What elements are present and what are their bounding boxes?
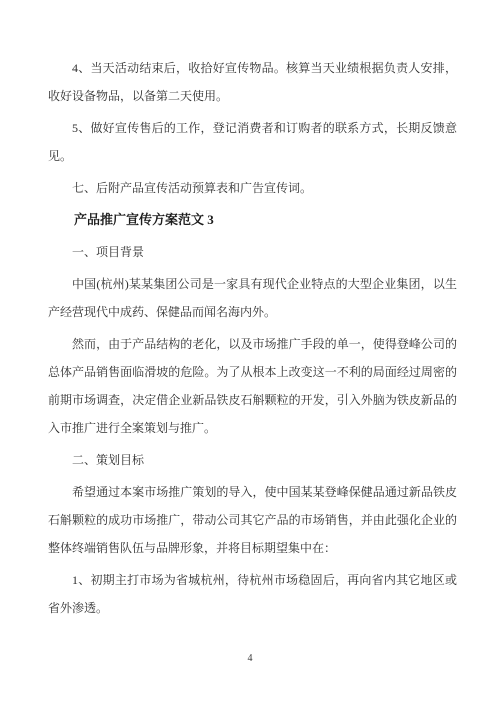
body-paragraph: 4、当天活动结束后，收拾好宣传物品。核算当天业绩根据负责人安排，收好设备物品，以…	[48, 54, 457, 110]
body-paragraph: 七、后附产品宣传活动预算表和广告宣传词。	[48, 174, 457, 202]
body-paragraph: 一、项目背景	[48, 238, 457, 266]
body-paragraph: 希望通过本案市场推广策划的导入，使中国某某登峰保健品通过新品铁皮石斛颗粒的成功市…	[48, 478, 457, 562]
body-paragraph: 5、做好宣传售后的工作，登记消费者和订购者的联系方式，长期反馈意见。	[48, 114, 457, 170]
body-paragraph: 二、策划目标	[48, 446, 457, 474]
body-paragraph: 1、初期主打市场为省城杭州，待杭州市场稳固后，再向省内其它地区或省外渗透。	[48, 566, 457, 622]
document-page: 4、当天活动结束后，收拾好宣传物品。核算当天业绩根据负责人安排，收好设备物品，以…	[0, 0, 500, 708]
body-paragraph: 中国(杭州)某某集团公司是一家具有现代企业特点的大型企业集团，以生产经营现代中成…	[48, 270, 457, 326]
page-number: 4	[0, 652, 500, 666]
section-heading: 产品推广宣传方案范文 3	[48, 206, 457, 234]
document-body: 4、当天活动结束后，收拾好宣传物品。核算当天业绩根据负责人安排，收好设备物品，以…	[48, 54, 457, 622]
body-paragraph: 然而，由于产品结构的老化，以及市场推广手段的单一，使得登峰公司的总体产品销售面临…	[48, 330, 457, 442]
